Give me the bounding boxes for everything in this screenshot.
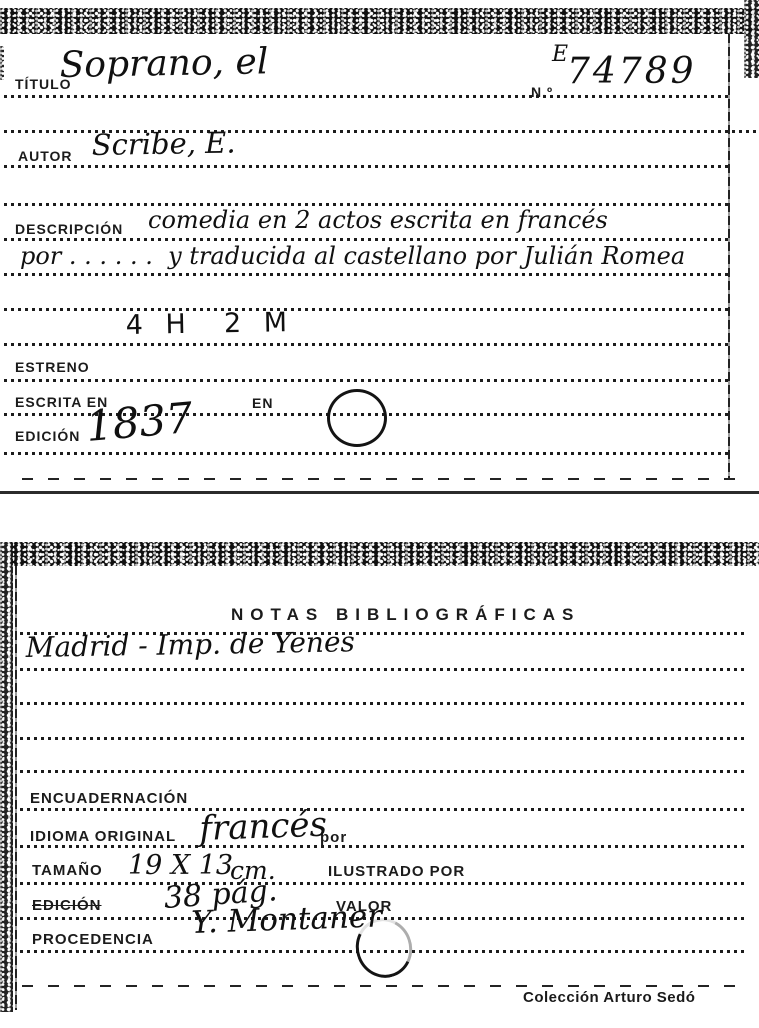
titulo-handwritten-value: Soprano, el xyxy=(59,44,268,84)
scan-separator-line xyxy=(0,491,759,494)
ruled-line xyxy=(4,308,728,311)
stamp-circle xyxy=(327,389,387,447)
notas-handwritten-value: Madrid - Imp. de Yenes xyxy=(26,628,356,662)
reparto-handwritten-value: 4 H 2 M xyxy=(126,309,295,339)
ilustrado-por-label: ILUSTRADO POR xyxy=(328,863,465,880)
idioma-original-label: IDIOMA ORIGINAL xyxy=(30,828,176,845)
ruled-line xyxy=(4,273,728,276)
ruled-line xyxy=(4,165,728,168)
torn-edge-right-corner xyxy=(744,0,759,78)
edicion-label: EDICIÓN xyxy=(32,897,102,914)
card-number-prefix-handwritten: E xyxy=(552,44,568,66)
ruled-line xyxy=(4,238,728,241)
autor-handwritten-value: Scribe, E. xyxy=(91,128,235,160)
card-left-border xyxy=(15,566,17,1010)
card-bottom-edge-dashed xyxy=(22,478,744,480)
ruled-line xyxy=(4,95,728,98)
notas-bibliograficas-header: NOTAS BIBLIOGRÁFICAS xyxy=(231,605,580,625)
procedencia-label: PROCEDENCIA xyxy=(32,931,154,948)
ruled-line xyxy=(20,808,748,811)
card-number-handwritten-value: 74789 xyxy=(567,54,697,90)
idioma-handwritten-value: francés xyxy=(199,808,328,846)
edicion-label: EDICIÓN xyxy=(15,428,80,444)
edicion-handwritten-value: 1837 xyxy=(84,397,194,448)
ruled-line xyxy=(4,452,728,455)
en-label: EN xyxy=(252,395,273,411)
ruled-line xyxy=(20,882,748,885)
torn-edge-top xyxy=(0,8,759,34)
card-right-border xyxy=(728,34,730,478)
ruled-line xyxy=(20,737,748,740)
torn-edge-top xyxy=(10,542,759,566)
ruled-line xyxy=(4,343,728,346)
card-bottom-edge-dashed xyxy=(22,985,748,987)
ruled-line xyxy=(4,379,728,382)
collection-credit: Colección Arturo Sedó xyxy=(523,989,695,1006)
descripcion-handwritten-line2: por . . . . . . y traducida al castellan… xyxy=(20,244,685,268)
tamano-label: TAMAÑO xyxy=(32,862,103,879)
ruled-line xyxy=(20,770,748,773)
descripcion-handwritten-line1: comedia en 2 actos escrita en francés xyxy=(148,208,608,232)
torn-edge-left xyxy=(0,542,13,1012)
autor-label: AUTOR xyxy=(18,148,73,164)
card-number-label: N.º xyxy=(531,84,553,100)
tamano-handwritten-value: 19 X 13 xyxy=(128,852,233,879)
descripcion-label: DESCRIPCIÓN xyxy=(15,221,123,237)
estreno-label: ESTRENO xyxy=(15,359,90,375)
ruled-line xyxy=(20,845,748,848)
encuadernacion-label: ENCUADERNACIÓN xyxy=(30,790,188,807)
ruled-line xyxy=(20,668,748,671)
procedencia-handwritten-value: Y. Montaner xyxy=(191,901,383,939)
torn-edge-left-tick xyxy=(0,46,4,80)
scanned-catalog-card-page: TÍTULO N.º AUTOR DESCRIPCIÓN ESTRENO ESC… xyxy=(0,0,759,1028)
ruled-line xyxy=(20,702,748,705)
